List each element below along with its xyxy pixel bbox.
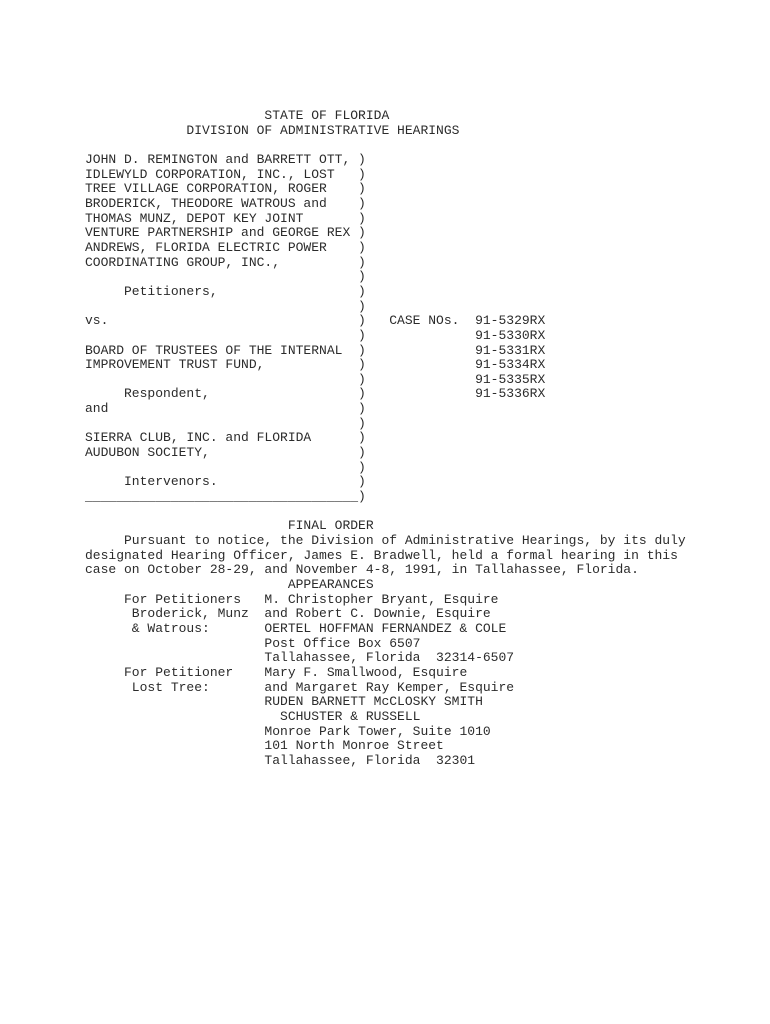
case-caption: JOHN D. REMINGTON and BARRETT OTT, ) IDL…: [85, 153, 686, 519]
appearance-petitioner-lost-tree: For Petitioner Mary F. Smallwood, Esquir…: [85, 666, 686, 769]
final-order-heading: FINAL ORDER: [85, 519, 686, 534]
document-page: STATE OF FLORIDA DIVISION OF ADMINISTRAT…: [0, 0, 770, 1024]
appearance-petitioners-broderick-munz-watrous: For Petitioners M. Christopher Bryant, E…: [85, 593, 686, 666]
document-body: STATE OF FLORIDA DIVISION OF ADMINISTRAT…: [85, 109, 686, 769]
appearances-heading: APPEARANCES: [85, 578, 686, 593]
intro-paragraph: Pursuant to notice, the Division of Admi…: [85, 534, 686, 578]
court-header: STATE OF FLORIDA DIVISION OF ADMINISTRAT…: [85, 109, 686, 153]
